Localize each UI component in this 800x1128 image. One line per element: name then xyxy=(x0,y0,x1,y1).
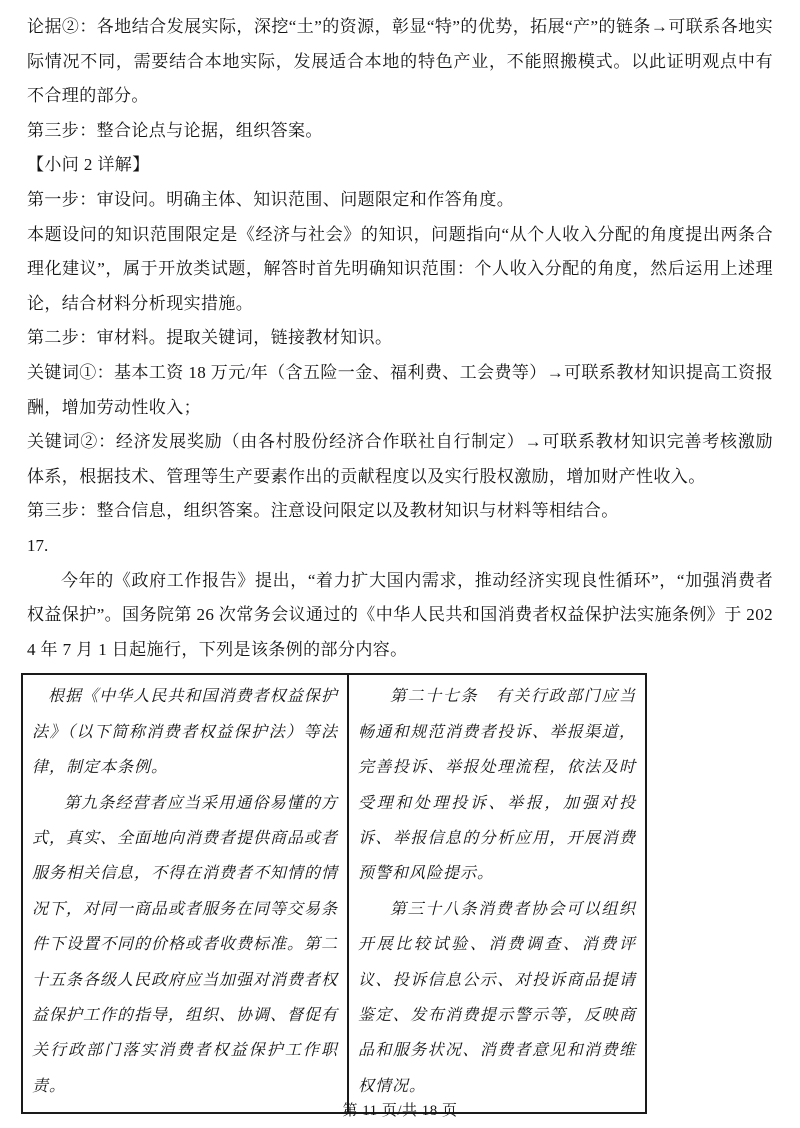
regulation-table: 根据《中华人民共和国消费者权益保护法》（以下简称消费者权益保护法）等法律，制定本… xyxy=(21,673,647,1114)
explanation-paragraph: 论据②：各地结合发展实际，深挖“土”的资源，彰显“特”的优势，拓展“产”的链条→… xyxy=(27,10,773,114)
regulation-clause: 第九条经营者应当采用通俗易懂的方式，真实、全面地向消费者提供商品或者服务相关信息… xyxy=(32,786,338,1105)
explanation-subquestion-heading: 【小问 2 详解】 xyxy=(27,148,773,183)
explanation-paragraph: 第二步：审材料。提取关键词，链接教材知识。 xyxy=(27,321,773,356)
regulation-clause: 第二十七条 有关行政部门应当畅通和规范消费者投诉、举报渠道，完善投诉、举报处理流… xyxy=(358,679,636,891)
regulation-clause: 第三十八条消费者协会可以组织开展比较试验、消费调查、消费评议、投诉信息公示、对投… xyxy=(358,892,636,1104)
explanation-paragraph: 第一步：审设问。明确主体、知识范围、问题限定和作答角度。 xyxy=(27,183,773,218)
answer-explanation-section: 论据②：各地结合发展实际，深挖“土”的资源，彰显“特”的优势，拓展“产”的链条→… xyxy=(27,10,773,667)
question-number: 17. xyxy=(27,529,773,564)
explanation-paragraph: 第三步：整合论点与论据，组织答案。 xyxy=(27,114,773,149)
explanation-paragraph: 关键词①：基本工资 18 万元/年（含五险一金、福利费、工会费等）→可联系教材知… xyxy=(27,356,773,425)
explanation-paragraph: 关键词②：经济发展奖励（由各村股份经济合作联社自行制定）→可联系教材知识完善考核… xyxy=(27,425,773,494)
table-cell-right: 第二十七条 有关行政部门应当畅通和规范消费者投诉、举报渠道，完善投诉、举报处理流… xyxy=(348,674,646,1113)
table-row: 根据《中华人民共和国消费者权益保护法》（以下简称消费者权益保护法）等法律，制定本… xyxy=(22,674,646,1113)
question-intro: 今年的《政府工作报告》提出，“着力扩大国内需求，推动经济实现良性循环”，“加强消… xyxy=(27,564,773,668)
regulation-clause: 根据《中华人民共和国消费者权益保护法》（以下简称消费者权益保护法）等法律，制定本… xyxy=(32,679,338,785)
document-page: 论据②：各地结合发展实际，深挖“土”的资源，彰显“特”的优势，拓展“产”的链条→… xyxy=(0,0,800,1128)
explanation-paragraph: 第三步：整合信息，组织答案。注意设问限定以及教材知识与材料等相结合。 xyxy=(27,494,773,529)
table-cell-left: 根据《中华人民共和国消费者权益保护法》（以下简称消费者权益保护法）等法律，制定本… xyxy=(22,674,348,1113)
page-footer: 第 11 页/共 18 页 xyxy=(0,1099,800,1120)
explanation-paragraph: 本题设问的知识范围限定是《经济与社会》的知识，问题指向“从个人收入分配的角度提出… xyxy=(27,218,773,322)
